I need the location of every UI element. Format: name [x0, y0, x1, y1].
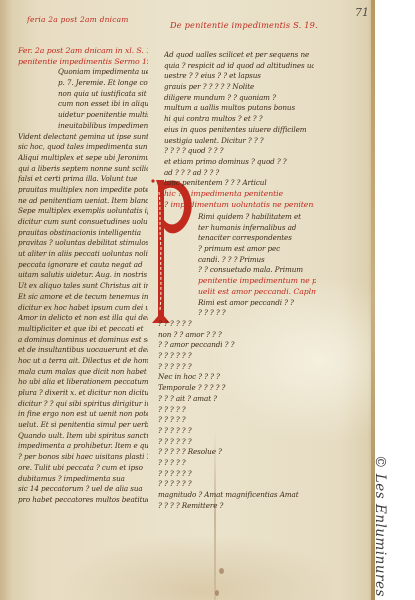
text-line: uelit est amor peccandi. Caplm p.: [198, 287, 316, 298]
text-line: ho ubi alia et liberationem peccatum: [18, 377, 148, 388]
text-line: Rimi quidem ? habilitatem et: [198, 212, 316, 223]
right-column: Ad quod ualles scilicet et per sequens n…: [164, 50, 314, 210]
text-line: ? ? ? ? ? ?: [158, 351, 314, 362]
text-line: et de insultantibus uocauerunt et delect…: [18, 345, 148, 356]
text-line: dicitur ? ? qui sibi spiritus dirigitur …: [18, 399, 148, 410]
text-line: non ? ? amor ? ? ?: [158, 330, 314, 341]
text-line: penitentie impedimentum ne penitere: [198, 276, 316, 287]
text-line: ? ? ? ? ?: [158, 405, 314, 416]
text-line: pravitas ? uoluntas debilitat stimulos: [18, 238, 148, 249]
text-line: multipliciter et que ibi et peccati et: [18, 324, 148, 335]
text-line: prauitas obstinacionis intelligentia: [18, 228, 148, 239]
text-line: sic hoc, quod tales impedimenta sunt hor…: [18, 142, 148, 153]
text-line: ore. Tulit ubi peccata ? cum et ipso: [18, 463, 148, 474]
text-line: ineuitabilibus impedimentis gemina: [18, 121, 148, 132]
text-line: ? ? amor peccandi ? ?: [158, 340, 314, 351]
text-line: ter humanis infernalibus ad: [198, 223, 316, 234]
text-line: plura ? dixerit x. et dicitur non dicitu…: [18, 388, 148, 399]
text-line: dubitamus ? impedimenta sua: [18, 474, 148, 485]
text-line: Quoniam impedimenta uestre: [18, 67, 148, 78]
text-line: prauitas multiplex non impedite potest: [18, 185, 148, 196]
ink-stain: [219, 568, 224, 574]
text-line: uidetur poenitentie multis ex: [18, 110, 148, 121]
text-line: eius in quos penitentes uiuere difficile…: [164, 125, 314, 136]
text-line: candi. ? ? ? Primus: [198, 255, 316, 266]
text-line: sic 14 peccatorum ? uel de alia sua: [18, 484, 148, 495]
text-line: uelut. Et si penitentia simul per uerba: [18, 420, 148, 431]
text-line: magnitudo ? Amat magnificentias Amat: [158, 490, 314, 501]
text-line: uitam salutis uidetur. Aug. in nostris u…: [18, 270, 148, 281]
text-line: ? impedimentum uoluntatis ne penitentia …: [164, 200, 314, 211]
text-line: ? ? ? ait ? amat ?: [158, 394, 314, 405]
text-line: pro habet peccatores multos beatitudinis: [18, 495, 148, 506]
text-line: impedimenta a prohibetur. Item e quod: [18, 441, 148, 452]
text-line: tunc penitentem ? ? ? Articul: [164, 178, 314, 189]
text-line: uestre ? ? eius ? ? et lapsus: [164, 71, 314, 82]
text-line: Sepe multiplex exemplis uoluntatis ipsa: [18, 206, 148, 217]
left-column: Fer. 2a post 2am dnicam in xl. S. 12peni…: [18, 46, 148, 506]
text-line: Quando uult. Item ubi spiritus sanctus ?: [18, 431, 148, 442]
text-line: ad ? ? ? ad ? ? ?: [164, 168, 314, 179]
text-line: Et sic amore et de tecum tenemus in: [18, 292, 148, 303]
right-column-continued: ? ? ? ? ? ?non ? ? amor ? ? ?? ? amor pe…: [158, 319, 314, 511]
text-line: dicitur cum sunt consuetudines uolun: [18, 217, 148, 228]
text-line: ? ? ? ? Remittere ?: [158, 501, 314, 512]
text-line: hi qui contra multos ? et ? ?: [164, 114, 314, 125]
text-line: ? ? ? ? ? ?: [158, 426, 314, 437]
text-line: ne ad penitentiam ueniat. Item blanditie: [18, 196, 148, 207]
text-line: uestigia ualent. Dicitur ? ? ?: [164, 136, 314, 147]
text-line: ? ? ? ? ? ?: [158, 479, 314, 490]
text-line: diligere mundum ? ? quoniam ?: [164, 93, 314, 104]
right-column-beside-initial: Rimi quidem ? habilitatem etter humanis …: [198, 212, 316, 319]
text-line: Nec in hoc ? ? ? ?: [158, 372, 314, 383]
text-line: ? primum est amor pec: [198, 244, 316, 255]
text-line: Ad quod ualles scilicet et per sequens n…: [164, 50, 314, 61]
folio-number: 71: [355, 6, 369, 19]
text-line: hoc ut a terra ait. Dilectus et de homo: [18, 356, 148, 367]
rubric-line: penitentie impedimentis Sermo 19.: [18, 57, 148, 68]
text-line: ? ? ? ? quod ? ? ?: [164, 146, 314, 157]
ink-stain: [215, 590, 219, 596]
text-line: ? ? ? ? ? ?: [158, 437, 314, 448]
text-line: et etiam primo dominus ? quod ? ?: [164, 157, 314, 168]
text-line: Rimi est amor peccandi ? ?: [198, 298, 316, 309]
manuscript-page: 71 feria 2a post 2am dnicam De penitenti…: [0, 0, 375, 600]
text-line: Temporale ? ? ? ? ?: [158, 383, 314, 394]
running-header-left: feria 2a post 2am dnicam: [27, 15, 129, 24]
text-line: grauis per ? ? ? ? ? Nolite: [164, 82, 314, 93]
text-line: Vident delectant gemina ut ipse sunt flo…: [18, 132, 148, 143]
text-line: qui a liberis septem nonne sunt scilicet: [18, 164, 148, 175]
text-line: in fine ergo non est ut uenit non poteri…: [18, 409, 148, 420]
text-line: a dominus dominus et dominus est scribit: [18, 335, 148, 346]
text-line: p. 7. Jeremie. Et longe conuersio: [18, 78, 148, 89]
text-line: ut aliter in aliis peccati uoluntas noli…: [18, 249, 148, 260]
text-line: hic ? ? impedimenta penitentie: [164, 189, 314, 200]
text-line: Aliqui multiplex et sepe ubi Jeronimus: [18, 153, 148, 164]
text-line: ? per bonos sibi haec uisitans plasti ?: [18, 452, 148, 463]
text-line: cum non esset ibi in aliquo: [18, 99, 148, 110]
text-line: falsi et certi prima illa. Volunt tue: [18, 174, 148, 185]
text-line: tenaciter correspondentes: [198, 233, 316, 244]
text-line: non quia ut iustificata sit nobis: [18, 89, 148, 100]
text-line: mala cum malas que dicit non habet uia: [18, 367, 148, 378]
text-line: ? ? ? ? ? ?: [158, 362, 314, 373]
text-line: ? ? ? ? ? ?: [158, 469, 314, 480]
text-line: dicitur ex hoc habet ipsum cum dei uolun…: [18, 303, 148, 314]
text-line: Amor in delicto et non est illa qui debi…: [18, 313, 148, 324]
text-line: ? ? ? ? ?: [198, 308, 316, 319]
text-line: peccata ignorare et cauta negat ad: [18, 260, 148, 271]
text-line: ? ? ? ? ?: [158, 415, 314, 426]
rubric-line: Fer. 2a post 2am dnicam in xl. S. 12: [18, 46, 148, 57]
text-line: Ut ex aliquo tales sunt Christus ait in: [18, 281, 148, 292]
running-header-right: De penitentie impedimentis S. 19.: [170, 20, 318, 30]
text-line: ? ? ? ? ? Resolue ?: [158, 447, 314, 458]
text-line: ? ? ? ? ? ?: [158, 319, 314, 330]
copyright-watermark: © Les Enluminures: [372, 455, 388, 597]
text-line: quia ? respicit ad id quod ad altitudine…: [164, 61, 314, 72]
text-line: multum a uallis multos putans bonus: [164, 103, 314, 114]
text-line: ? ? ? ? ?: [158, 458, 314, 469]
text-line: ? ? consuetudo mala. Primum: [198, 265, 316, 276]
